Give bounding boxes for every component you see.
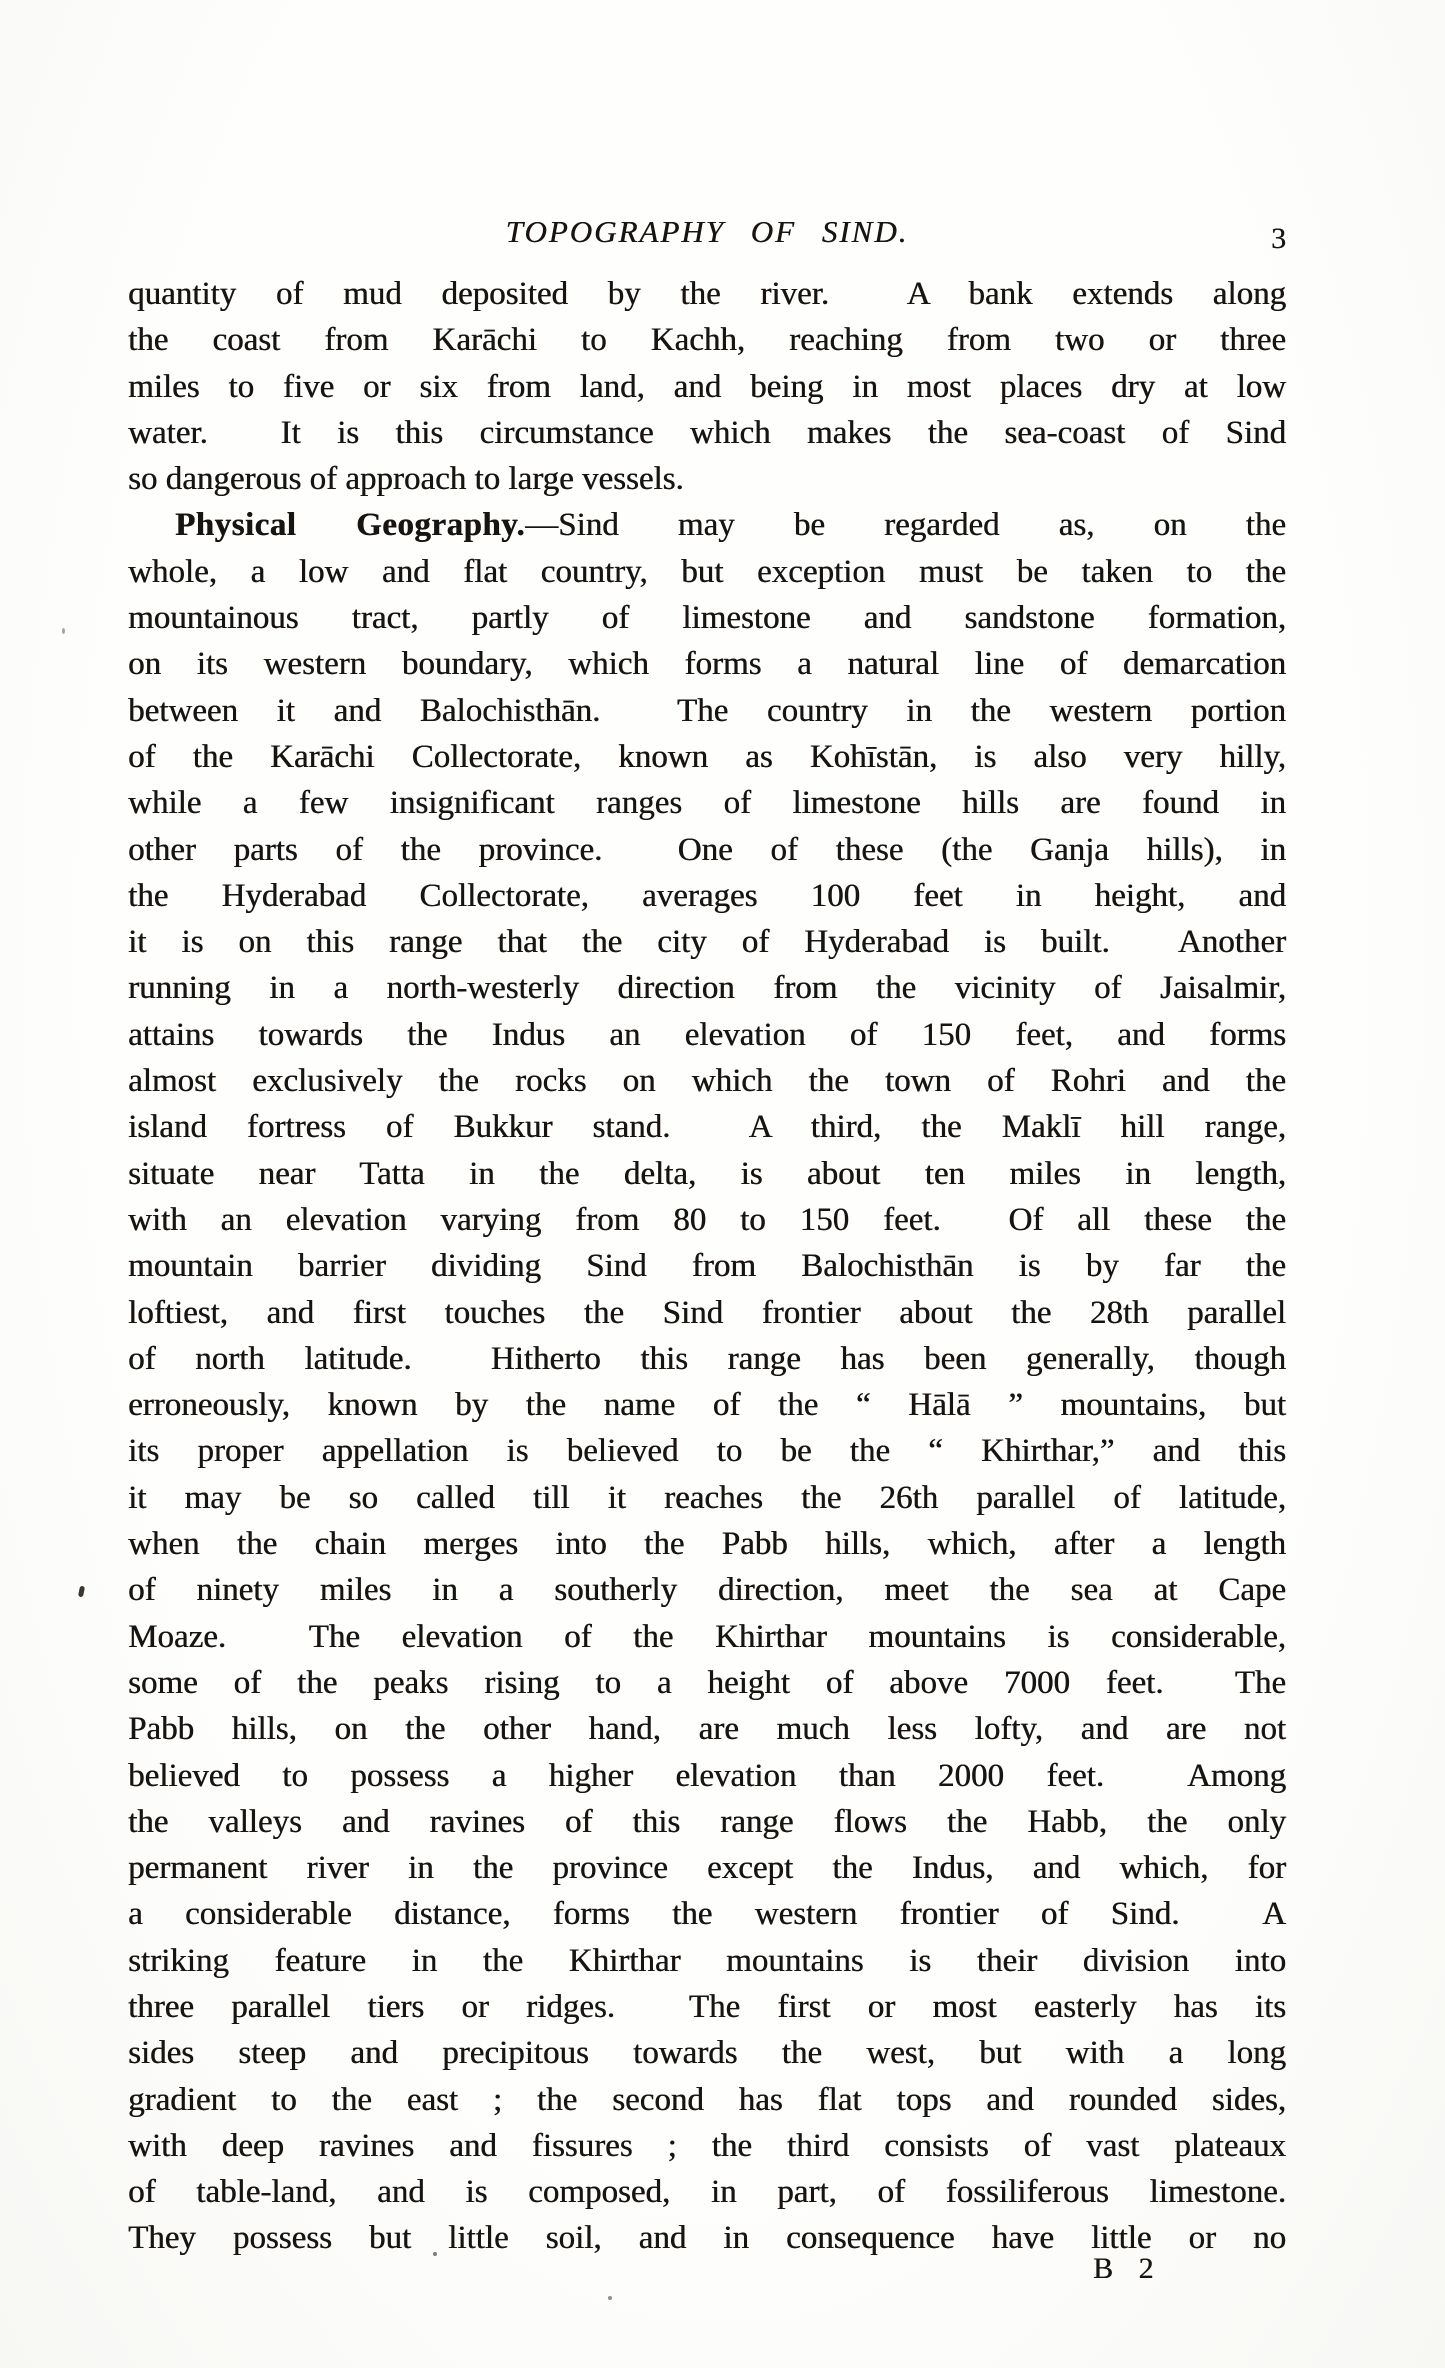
text-line: situate near Tatta in the delta, is abou… <box>128 1151 1286 1197</box>
text-line: when the chain merges into the Pabb hill… <box>128 1521 1286 1567</box>
text-line: Pabb hills, on the other hand, are much … <box>128 1706 1286 1752</box>
text-line: sides steep and precipitous towards the … <box>128 2030 1286 2076</box>
text-line: the valleys and ravines of this range fl… <box>128 1799 1286 1845</box>
scanned-book-page: TOPOGRAPHY OF SIND. 3 quantity of mud de… <box>0 0 1445 2368</box>
text-line: of the Karāchi Collectorate, known as Ko… <box>128 734 1286 780</box>
text-line: water. It is this circumstance which mak… <box>128 410 1286 456</box>
running-head-title: TOPOGRAPHY OF SIND. <box>128 214 1286 250</box>
text-line: of ninety miles in a southerly direction… <box>128 1567 1286 1613</box>
text-line: quantity of mud deposited by the river. … <box>128 271 1286 317</box>
scan-speck <box>608 2296 612 2300</box>
section-heading: Physical Geography. <box>175 507 525 543</box>
text-line: miles to five or six from land, and bein… <box>128 364 1286 410</box>
text-line: loftiest, and first touches the Sind fro… <box>128 1290 1286 1336</box>
text-line: a considerable distance, forms the weste… <box>128 1891 1286 1937</box>
text-line: three parallel tiers or ridges. The firs… <box>128 1984 1286 2030</box>
text-line: gradient to the east ; the second has fl… <box>128 2077 1286 2123</box>
text-line: mountain barrier dividing Sind from Balo… <box>128 1243 1286 1289</box>
scan-speck <box>433 2252 437 2256</box>
text-line: permanent river in the province except t… <box>128 1845 1286 1891</box>
text-line: with an elevation varying from 80 to 150… <box>128 1197 1286 1243</box>
text-line: of table-land, and is composed, in part,… <box>128 2169 1286 2215</box>
text-line: other parts of the province. One of thes… <box>128 827 1286 873</box>
text-line: striking feature in the Khirthar mountai… <box>128 1938 1286 1984</box>
text-line: believed to possess a higher elevation t… <box>128 1753 1286 1799</box>
text-line: it is on this range that the city of Hyd… <box>128 919 1286 965</box>
text-line: island fortress of Bukkur stand. A third… <box>128 1104 1286 1150</box>
text-line: so dangerous of approach to large vessel… <box>128 456 1286 502</box>
text-line: mountainous tract, partly of limestone a… <box>128 595 1286 641</box>
page-number: 3 <box>1206 222 1286 256</box>
text-line: Moaze. The elevation of the Khirthar mou… <box>128 1614 1286 1660</box>
text-line: Physical Geography.—Sind may be regarded… <box>128 502 1286 548</box>
text-line: with deep ravines and fissures ; the thi… <box>128 2123 1286 2169</box>
page-body-text: quantity of mud deposited by the river. … <box>128 271 1286 2262</box>
text-line: while a few insignificant ranges of lime… <box>128 780 1286 826</box>
text-line: its proper appellation is believed to be… <box>128 1428 1286 1474</box>
text-line: whole, a low and flat country, but excep… <box>128 549 1286 595</box>
text-line: some of the peaks rising to a height of … <box>128 1660 1286 1706</box>
scan-speck <box>62 628 65 634</box>
scan-speck <box>78 1586 85 1598</box>
text-line: the Hyderabad Collectorate, averages 100… <box>128 873 1286 919</box>
text-line: attains towards the Indus an elevation o… <box>128 1012 1286 1058</box>
text-line: of north latitude. Hitherto this range h… <box>128 1336 1286 1382</box>
text-line: running in a north-westerly direction fr… <box>128 965 1286 1011</box>
text-line: almost exclusively the rocks on which th… <box>128 1058 1286 1104</box>
text-line: it may be so called till it reaches the … <box>128 1475 1286 1521</box>
text-line: the coast from Karāchi to Kachh, reachin… <box>128 317 1286 363</box>
text-line: erroneously, known by the name of the “ … <box>128 1382 1286 1428</box>
signature-mark: B 2 <box>1093 2252 1154 2286</box>
text-line: on its western boundary, which forms a n… <box>128 641 1286 687</box>
text-line: between it and Balochisthān. The country… <box>128 688 1286 734</box>
